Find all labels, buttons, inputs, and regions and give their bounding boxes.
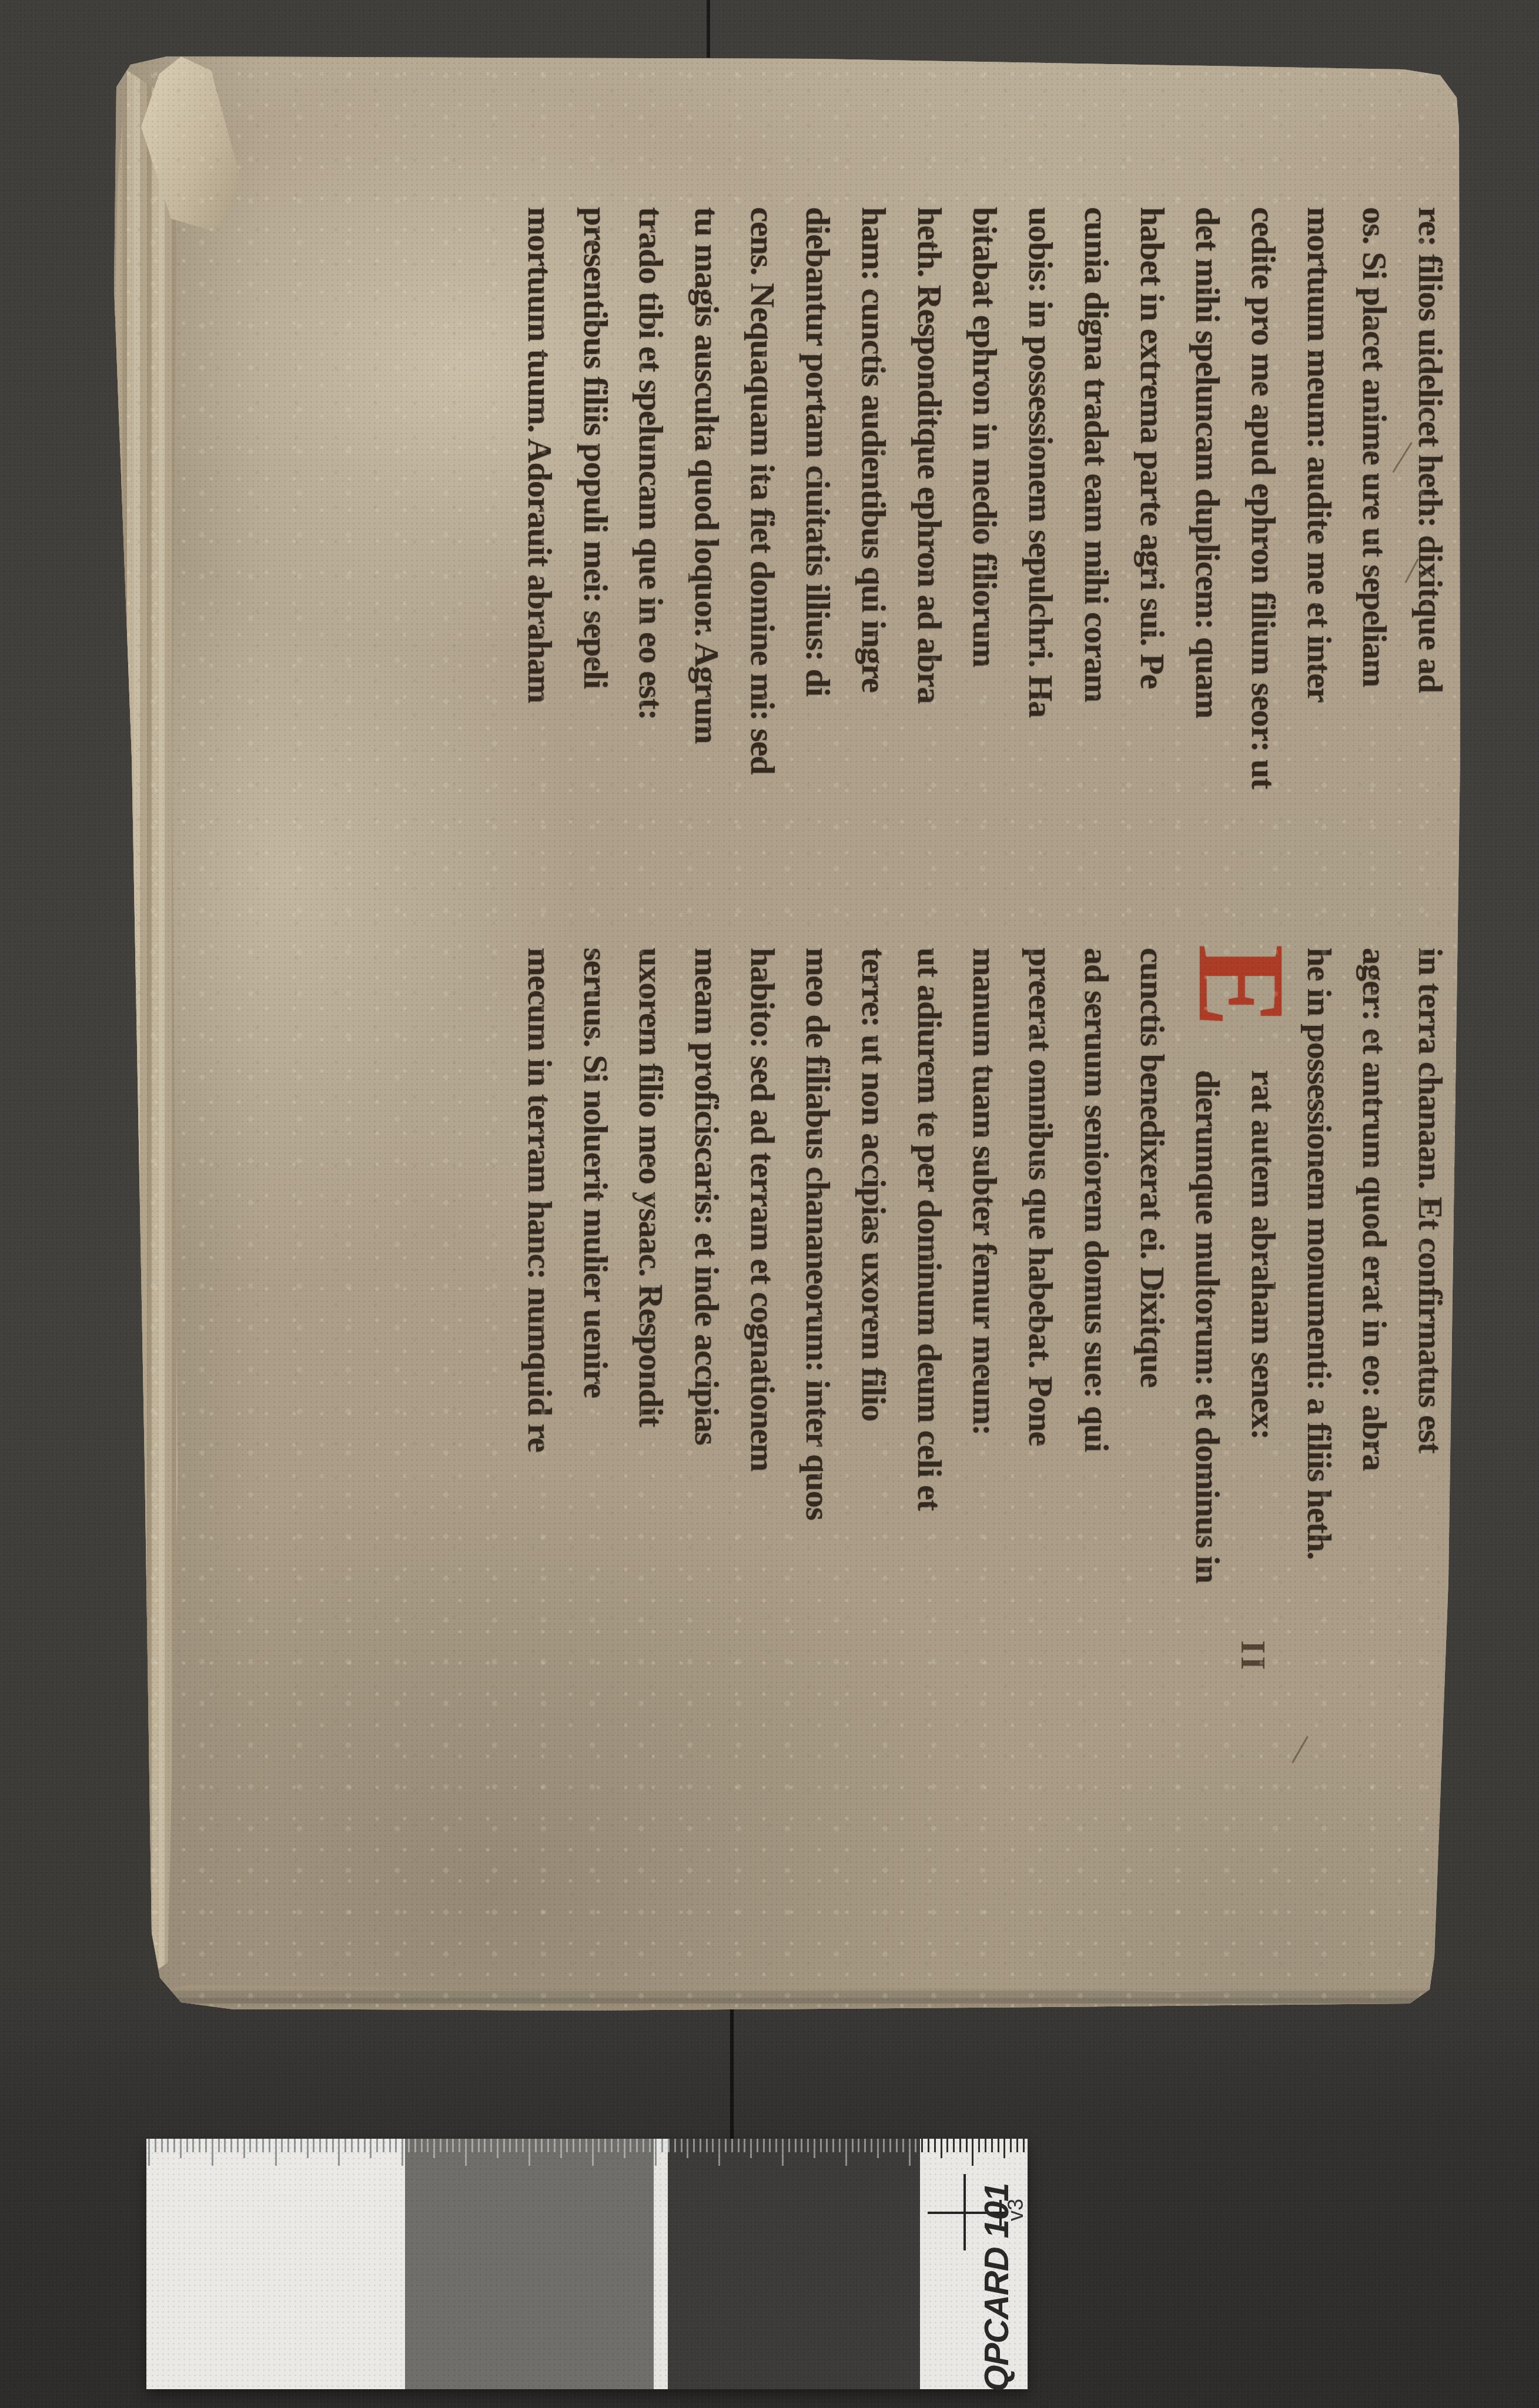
ruler-tick: [839, 2139, 841, 2152]
ruler-tick: [998, 2139, 999, 2152]
manuscript-line: cens. Nequaquam ita fiet domine mi: sed: [734, 207, 790, 877]
ruler-tick: [326, 2139, 327, 2152]
ruler-tick: [630, 2139, 631, 2152]
ruler-tick: [966, 2139, 968, 2152]
card-mid-gray-patch: [405, 2139, 654, 2389]
ruler-tick: [611, 2139, 613, 2152]
ruler-tick: [649, 2139, 651, 2152]
ruler-tick: [167, 2139, 169, 2152]
ruler-tick: [1010, 2139, 1012, 2152]
ruler-tick: [192, 2139, 194, 2152]
ruler-tick: [256, 2139, 257, 2152]
ruler-tick: [604, 2139, 606, 2152]
ruler-tick: [902, 2139, 904, 2152]
ruler-tick: [490, 2139, 492, 2152]
manuscript-line: bitabat ephron in medio filiorum: [957, 207, 1013, 877]
ruler-tick: [864, 2139, 866, 2152]
ruler-tick: [427, 2139, 429, 2152]
ruler-tick: [269, 2139, 270, 2152]
ruler-tick: [643, 2139, 644, 2152]
ruler-tick: [731, 2139, 733, 2152]
ruler-tick: [402, 2139, 403, 2166]
manuscript-line: seruus. Si noluerit mulier uenire: [567, 948, 623, 1624]
ruler-tick: [554, 2139, 556, 2152]
ruler-tick: [212, 2139, 213, 2166]
manuscript-line: ut adiurem te per dominum deum celi et: [901, 948, 957, 1624]
ruler-tick: [218, 2139, 220, 2152]
ruler-tick: [1003, 2139, 1005, 2158]
ruler-tick: [706, 2139, 708, 2152]
ruler-tick: [186, 2139, 188, 2152]
manuscript-line: cunctis benedixerat ei. Dixitque: [1124, 948, 1180, 1624]
ruler-tick: [953, 2139, 955, 2152]
card-divider-strip: [654, 2139, 668, 2389]
manuscript-line: ad seruum seniorem domus sue: qui: [1068, 948, 1124, 1624]
ruler-tick: [459, 2139, 460, 2152]
ruler-tick: [503, 2139, 505, 2152]
ruler-tick: [921, 2139, 923, 2152]
ruler-tick: [592, 2139, 594, 2166]
ruler-tick: [972, 2139, 973, 2166]
ruler-tick: [440, 2139, 441, 2152]
ruler-tick: [725, 2139, 727, 2152]
ruler-tick: [738, 2139, 740, 2152]
manuscript-line: det mihi speluncam duplicem: quam: [1180, 207, 1236, 877]
ruler-tick: [383, 2139, 384, 2152]
manuscript-line: tu magis ausculta quod loquor. Agrum: [678, 207, 734, 877]
ruler-tick: [205, 2139, 207, 2152]
ruler-tick: [769, 2139, 771, 2152]
ruler-tick: [801, 2139, 802, 2152]
ruler-tick: [224, 2139, 226, 2152]
background-seam-top: [707, 0, 710, 58]
chapter-initial-e: E: [1182, 944, 1299, 1062]
ruler-tick: [446, 2139, 448, 2152]
ruler-tick: [180, 2139, 182, 2158]
page-bottom-edge: [152, 1985, 1431, 2012]
ruler-tick: [161, 2139, 163, 2152]
manuscript-line: meam proficiscaris: et inde accipias: [678, 948, 734, 1624]
ruler-tick: [636, 2139, 638, 2152]
ruler-tick: [497, 2139, 498, 2158]
ruler-tick: [541, 2139, 543, 2152]
ruler-tick: [991, 2139, 993, 2152]
photo-background: re: filios uidelicet heth: dixitque ados…: [0, 0, 1539, 2408]
manuscript-page: re: filios uidelicet heth: dixitque ados…: [111, 52, 1461, 2012]
ruler-tick: [775, 2139, 777, 2152]
ruler-tick: [763, 2139, 765, 2152]
ruler-tick: [307, 2139, 309, 2158]
ruler-tick: [915, 2139, 916, 2152]
ruler-tick: [478, 2139, 480, 2152]
ruler-tick: [693, 2139, 695, 2152]
manuscript-line: trado tibi et speluncam que in eo est:: [623, 207, 679, 877]
ruler-tick: [433, 2139, 435, 2158]
ruler-tick: [1023, 2139, 1025, 2152]
card-white-patch: [146, 2139, 405, 2389]
card-version-label: v3: [1003, 2199, 1028, 2221]
ruler-tick: [941, 2139, 942, 2158]
manuscript-line: terre: ut non accipias uxorem filio: [845, 948, 901, 1624]
ruler-tick: [516, 2139, 517, 2152]
ruler-tick: [173, 2139, 175, 2152]
ruler-tick: [465, 2139, 467, 2166]
manuscript-line: habet in extrema parte agri sui. Pe: [1124, 207, 1180, 877]
text-column-a-lines: re: filios uidelicet heth: dixitque ados…: [511, 207, 1458, 877]
ruler-tick: [395, 2139, 397, 2152]
ruler-tick: [832, 2139, 834, 2152]
ruler-tick: [712, 2139, 714, 2152]
ruler-tick: [959, 2139, 961, 2152]
ruler-tick: [871, 2139, 872, 2152]
ruler-tick: [795, 2139, 797, 2152]
ruler-tick: [744, 2139, 745, 2152]
ruler-tick: [852, 2139, 854, 2152]
ruler-tick: [300, 2139, 302, 2152]
ruler-tick: [408, 2139, 410, 2152]
ruler-tick: [243, 2139, 245, 2158]
manuscript-line: re: filios uidelicet heth: dixitque ad: [1402, 207, 1458, 877]
calibration-card: QPCARD 101 v3: [146, 2139, 1028, 2389]
ruler-tick: [471, 2139, 473, 2152]
ruler-tick: [617, 2139, 619, 2152]
ruler-tick: [1016, 2139, 1018, 2152]
ruler-tick: [547, 2139, 549, 2152]
manuscript-line: cedite pro me apud ephron filium seor: u…: [1235, 207, 1291, 877]
ruler-tick: [148, 2139, 150, 2166]
ruler-tick: [452, 2139, 454, 2152]
manuscript-line: in terra chanaan. Et confirmatus est: [1402, 948, 1458, 1624]
ruler-tick: [573, 2139, 574, 2152]
ruler-tick: [661, 2139, 663, 2152]
ruler-tick: [896, 2139, 898, 2152]
manuscript-line: mortuum tuum. Adorauit abraham: [511, 207, 567, 877]
manuscript-line: presentibus filiis populi mei: sepeli: [567, 207, 623, 877]
manuscript-line: meo de filiabus chananeorum: inter quos: [790, 948, 846, 1624]
ruler-tick: [338, 2139, 340, 2166]
ruler-tick: [509, 2139, 511, 2152]
ruler-tick: [946, 2139, 948, 2152]
text-column-a: re: filios uidelicet heth: dixitque ados…: [511, 207, 1458, 877]
manuscript-line: mecum in terram hanc: numquid re: [511, 948, 567, 1624]
ruler-tick: [826, 2139, 828, 2152]
ruler-tick: [364, 2139, 366, 2152]
quire-mark: II: [1233, 1640, 1273, 1673]
ruler-tick: [155, 2139, 156, 2152]
ruler-tick: [376, 2139, 378, 2152]
ruler-tick: [883, 2139, 885, 2152]
ruler-tick: [351, 2139, 353, 2152]
manuscript-line: mortuum meum: audite me et inter: [1291, 207, 1347, 877]
ruler-tick: [313, 2139, 315, 2152]
ruler-tick: [421, 2139, 423, 2152]
background-seam-bottom: [730, 1996, 734, 2143]
ruler-tick: [681, 2139, 682, 2152]
ruler-tick: [750, 2139, 752, 2158]
ruler-tick: [560, 2139, 562, 2158]
ruler-tick: [484, 2139, 486, 2152]
manuscript-line: uxorem filio meo ysaac. Respondit: [623, 948, 679, 1624]
ruler-tick: [199, 2139, 200, 2152]
text-column-b: E II in terra chanaan. Et confirmatus es…: [511, 948, 1458, 1624]
ruler-tick: [674, 2139, 676, 2152]
ruler-tick: [230, 2139, 232, 2152]
ruler-tick: [522, 2139, 524, 2152]
ruler-tick: [281, 2139, 283, 2152]
text-column-b-lines: E II in terra chanaan. Et confirmatus es…: [511, 948, 1458, 1624]
ruler-tick: [319, 2139, 321, 2152]
ruler-tick: [332, 2139, 334, 2152]
ruler-tick: [566, 2139, 568, 2152]
ruler-tick: [928, 2139, 929, 2152]
ruler-tick: [700, 2139, 701, 2152]
manuscript-line: ham: cunctis audientibus qui ingre: [845, 207, 901, 877]
ruler-tick: [788, 2139, 790, 2152]
ruler-tick: [814, 2139, 815, 2158]
ruler-tick: [414, 2139, 416, 2152]
manuscript-line: uobis: in possessionem sepulchri. Ha: [1013, 207, 1069, 877]
ruler-tick: [294, 2139, 296, 2152]
ruler-tick: [586, 2139, 587, 2152]
ruler-tick: [389, 2139, 391, 2152]
ruler-tick: [287, 2139, 289, 2152]
ruler-tick: [858, 2139, 859, 2152]
manuscript-line: preerat omnibus que habebat. Pone: [1013, 948, 1069, 1624]
ruler-tick: [344, 2139, 346, 2152]
ruler-tick: [909, 2139, 911, 2166]
manuscript-line: ager: et antrum quod erat in eo: abra: [1347, 948, 1403, 1624]
ruler-tick: [807, 2139, 809, 2152]
manuscript-line: habito: sed ad terram et cognationem: [734, 948, 790, 1624]
margin-hairline: [1292, 1736, 1309, 1764]
ruler-tick: [934, 2139, 936, 2152]
manuscript-line: heth. Responditque ephron ad abra: [901, 207, 957, 877]
ruler-tick: [889, 2139, 891, 2152]
ruler-tick: [655, 2139, 657, 2166]
manuscript-line: he in possessionem monumenti: a filiis h…: [1291, 948, 1347, 1624]
ruler-tick: [757, 2139, 758, 2152]
ruler-tick: [877, 2139, 879, 2158]
manuscript-line: diebantur portam ciuitatis illius: di: [790, 207, 846, 877]
ruler-tick: [978, 2139, 980, 2152]
ruler-tick: [718, 2139, 720, 2166]
manuscript-line: os. Si placet anime ure ut sepeliam: [1347, 207, 1403, 877]
ruler-tick: [262, 2139, 264, 2152]
ruler-tick: [985, 2139, 986, 2152]
card-dark-gray-patch: [668, 2139, 920, 2389]
ruler-tick: [249, 2139, 251, 2152]
manuscript-line: manum tuam subter femur meum:: [957, 948, 1013, 1624]
ruler-tick: [668, 2139, 670, 2152]
ruler-tick: [535, 2139, 537, 2152]
ruler-tick: [237, 2139, 239, 2152]
ruler-tick: [579, 2139, 581, 2152]
ruler-tick: [624, 2139, 625, 2158]
ruler-tick: [598, 2139, 600, 2152]
ruler-tick: [820, 2139, 822, 2152]
ruler-tick: [687, 2139, 688, 2158]
ruler-tick: [357, 2139, 359, 2152]
ruler-tick: [275, 2139, 277, 2166]
ruler-tick: [528, 2139, 530, 2166]
manuscript-line: cunia digna tradat eam mihi coram: [1068, 207, 1124, 877]
leaf-edges: [109, 69, 178, 1987]
ruler-tick: [782, 2139, 784, 2166]
ruler-tick: [845, 2139, 847, 2166]
ruler-tick: [370, 2139, 372, 2158]
